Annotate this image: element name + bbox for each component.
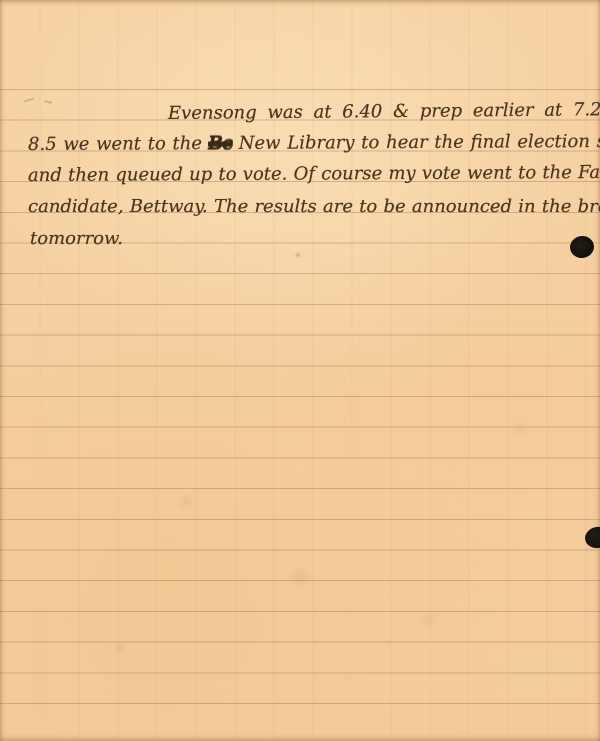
strikethrough-word: Be: [208, 133, 233, 154]
handwriting-line-5: tomorrow.: [30, 226, 123, 252]
diary-page: Evensong was at 6.40 & prep earlier at 7…: [0, 0, 600, 741]
handwriting-line-2-pre: 8.5 we went to the: [28, 133, 202, 155]
handwriting-line-2: 8.5 we went to theBeNew Library to hear …: [28, 129, 600, 158]
handwriting-line-4: candidate, Bettway. The results are to b…: [28, 194, 600, 220]
handwriting-line-2-post: New Library to hear the final election s…: [239, 131, 600, 154]
handwriting-line-1: Evensong was at 6.40 & prep earlier at 7…: [168, 97, 600, 127]
handwriting-line-3: and then queued up to vote. Of course my…: [28, 160, 600, 189]
